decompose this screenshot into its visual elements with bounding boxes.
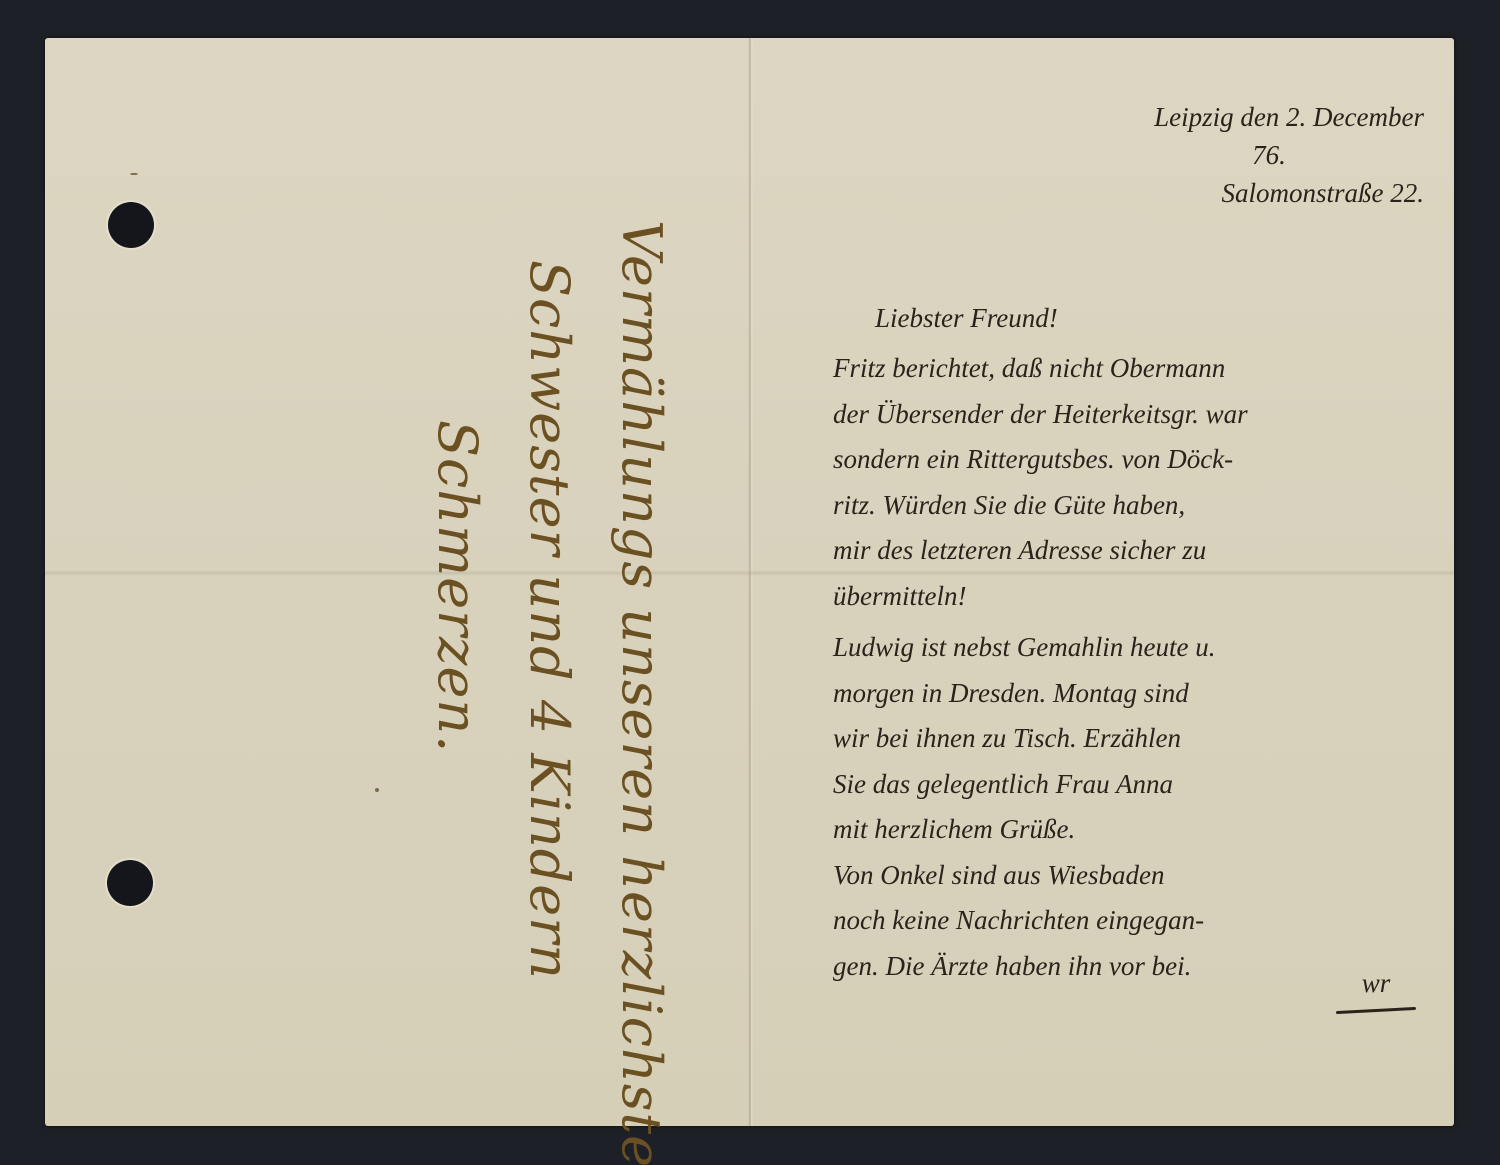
body-line: übermitteln! [833,574,1433,620]
address: Salomonstraße 22. [1024,174,1424,212]
rotated-line: Vermählungs unseren herzlichsten [595,220,687,1100]
punch-hole-bottom [107,860,153,906]
year: 76. [1024,136,1424,174]
body-line: Ludwig ist nebst Gemahlin heute u. [833,625,1433,671]
signature-text: wr [1362,968,1391,998]
body-line: Fritz berichtet, daß nicht Obermann [833,346,1433,392]
body-line: sondern ein Rittergutsbes. von Döck- [833,437,1433,483]
body-line: Sie das gelegentlich Frau Anna [833,762,1433,808]
ink-mark [130,173,138,175]
place-date: Leipzig den 2. December [1024,98,1424,136]
signature-flourish [1336,1007,1416,1014]
body-line: morgen in Dresden. Montag sind [833,671,1433,717]
rotated-line: Schmerzen. [411,220,503,1100]
body-line: Von Onkel sind aus Wiesbaden [833,853,1433,899]
body-line: ritz. Würden Sie die Güte haben, [833,483,1433,529]
rotated-note: Vermählungs unseren herzlichsten Schwest… [357,220,687,1100]
left-page: Vermählungs unseren herzlichsten Schwest… [45,38,748,1126]
rotated-line: Schwester und 4 Kindern [503,220,595,1100]
signature: wr [1336,968,1416,1012]
body-line: noch keine Nachrichten eingegan- [833,898,1433,944]
salutation: Liebster Freund! [875,303,1058,334]
body-line: wir bei ihnen zu Tisch. Erzählen [833,716,1433,762]
letter-sheet: Vermählungs unseren herzlichsten Schwest… [45,38,1454,1126]
letter-header: Leipzig den 2. December 76. Salomonstraß… [1024,98,1424,212]
body-line: mit herzlichem Grüße. [833,807,1433,853]
right-page: Leipzig den 2. December 76. Salomonstraß… [753,38,1454,1126]
body-line: mir des letzteren Adresse sicher zu [833,528,1433,574]
punch-hole-top [108,202,154,248]
letter-body: Fritz berichtet, daß nicht Obermann der … [833,346,1433,989]
body-line: der Übersender der Heiterkeitsgr. war [833,392,1433,438]
